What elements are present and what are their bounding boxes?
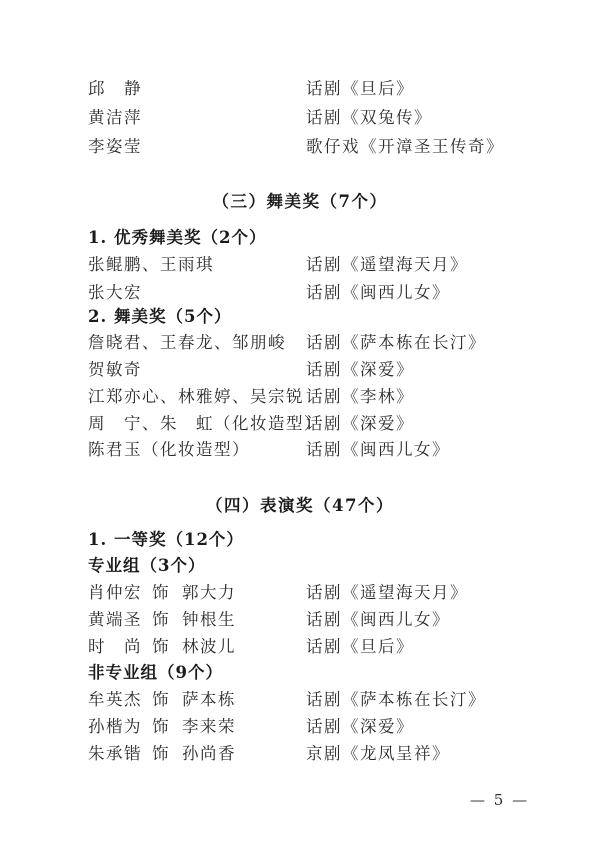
winner-name: 陈君玉（化妆造型） [88, 437, 250, 463]
work-title: 话剧《旦后》 [306, 76, 414, 102]
performance-entry: 时 尚饰林波儿 话剧《旦后》 [88, 634, 518, 660]
award-entry: 陈君玉（化妆造型） 话剧《闽西儿女》 [88, 437, 518, 463]
work-title: 话剧《萨本栋在长汀》 [306, 687, 486, 713]
winner-name: 张鲲鹏、王雨琪 [88, 252, 214, 278]
work-title: 话剧《旦后》 [306, 634, 414, 660]
award-entry: 张大宏 话剧《闽西儿女》 [88, 280, 518, 306]
performance-entry: 孙楷为饰李来荣 话剧《深爱》 [88, 714, 518, 740]
role-name: 钟根生 [182, 610, 236, 629]
as-label: 饰 [152, 634, 182, 660]
work-title: 话剧《遥望海天月》 [306, 580, 468, 606]
actor-name: 牟英杰 [88, 687, 152, 713]
role-name: 林波儿 [182, 637, 236, 656]
subsection-title-stage-design: 2. 舞美奖（5个） [88, 304, 231, 330]
award-entry: 詹晓君、王春龙、邹朋峻 话剧《萨本栋在长汀》 [88, 330, 518, 356]
section-heading-stage-design: （三）舞美奖（7个） [0, 189, 600, 215]
work-title: 歌仔戏《开漳圣王传奇》 [306, 134, 504, 160]
group-title-amateur: 非专业组（9个） [88, 660, 223, 686]
winner-name: 张大宏 [88, 280, 142, 306]
award-entry: 李姿莹 歌仔戏《开漳圣王传奇》 [88, 134, 518, 160]
role-name: 萨本栋 [182, 690, 236, 709]
subsection-title-first-prize: 1. 一等奖（12个） [88, 527, 244, 553]
actor-name: 时 尚 [88, 634, 152, 660]
award-entry: 邱 静 话剧《旦后》 [88, 76, 518, 102]
work-title: 话剧《萨本栋在长汀》 [306, 330, 486, 356]
actor-name: 朱承锴 [88, 741, 152, 767]
as-label: 饰 [152, 607, 182, 633]
role-name: 李来荣 [182, 717, 236, 736]
subsection-title-excellent-stage-design: 1. 优秀舞美奖（2个） [88, 225, 266, 251]
as-label: 饰 [152, 714, 182, 740]
work-title: 话剧《深爱》 [306, 357, 414, 383]
performance-entry: 牟英杰饰萨本栋 话剧《萨本栋在长汀》 [88, 687, 518, 713]
work-title: 话剧《深爱》 [306, 411, 414, 437]
performance-entry: 黄端圣饰钟根生 话剧《闽西儿女》 [88, 607, 518, 633]
winner-name: 邱 静 [88, 76, 142, 102]
page-number: — 5 — [470, 790, 529, 810]
performance-entry: 肖仲宏饰郭大力 话剧《遥望海天月》 [88, 580, 518, 606]
actor-name: 肖仲宏 [88, 580, 152, 606]
award-entry: 张鲲鹏、王雨琪 话剧《遥望海天月》 [88, 252, 518, 278]
work-title: 话剧《闽西儿女》 [306, 280, 450, 306]
work-title: 话剧《遥望海天月》 [306, 252, 468, 278]
performance-entry: 朱承锴饰孙尚香 京剧《龙凤呈祥》 [88, 741, 518, 767]
winner-name: 黄洁萍 [88, 105, 142, 131]
as-label: 饰 [152, 741, 182, 767]
role-name: 孙尚香 [182, 744, 236, 763]
actor-name: 孙楷为 [88, 714, 152, 740]
winner-name: 贺敏奇 [88, 357, 142, 383]
winner-name: 江郑亦心、林雅婷、吴宗锐 [88, 384, 304, 410]
award-entry: 江郑亦心、林雅婷、吴宗锐 话剧《李林》 [88, 384, 518, 410]
section-heading-performance: （四）表演奖（47个） [0, 493, 600, 519]
award-entry: 周 宁、朱 虹（化妆造型） 话剧《深爱》 [88, 411, 518, 437]
work-title: 话剧《闽西儿女》 [306, 607, 450, 633]
winner-name: 詹晓君、王春龙、邹朋峻 [88, 330, 286, 356]
work-title: 京剧《龙凤呈祥》 [306, 741, 450, 767]
role-name: 郭大力 [182, 583, 236, 602]
work-title: 话剧《双兔传》 [306, 105, 432, 131]
actor-name: 黄端圣 [88, 607, 152, 633]
as-label: 饰 [152, 580, 182, 606]
work-title: 话剧《深爱》 [306, 714, 414, 740]
award-entry: 黄洁萍 话剧《双兔传》 [88, 105, 518, 131]
as-label: 饰 [152, 687, 182, 713]
winner-name: 李姿莹 [88, 134, 142, 160]
work-title: 话剧《闽西儿女》 [306, 437, 450, 463]
winner-name: 周 宁、朱 虹（化妆造型） [88, 411, 322, 437]
group-title-professional: 专业组（3个） [88, 553, 205, 579]
award-entry: 贺敏奇 话剧《深爱》 [88, 357, 518, 383]
work-title: 话剧《李林》 [306, 384, 414, 410]
